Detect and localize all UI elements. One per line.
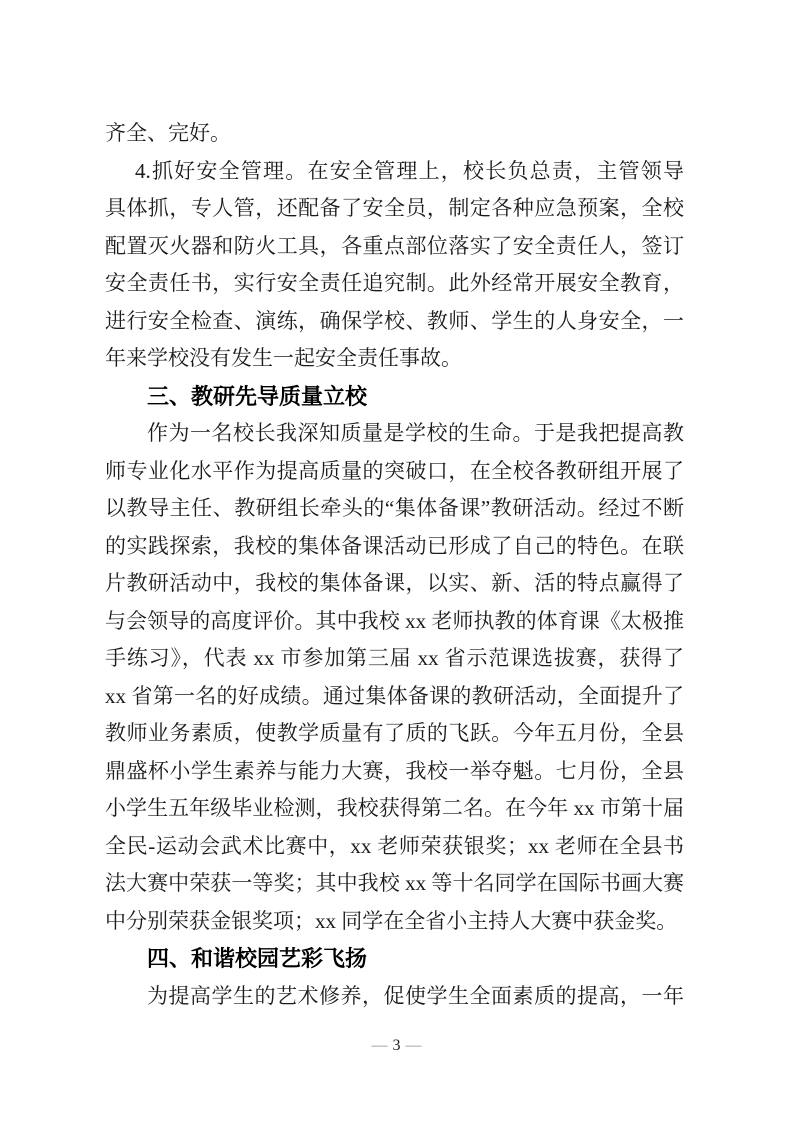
text-line: 具体抓，专人管，还配备了安全员，制定各种应急预案，全校 [105,190,684,228]
text-line: 进行安全检查、演练，确保学校、教师、学生的人身安全，一 [105,303,684,341]
page-footer: —3— [0,1036,793,1056]
section-heading: 三、教研先导质量立校 [105,378,684,416]
text-line: 以教导主任、教研组长牵头的“集体备课”教研活动。经过不断 [105,490,684,528]
text-line: 与会领导的高度评价。其中我校 xx 老师执教的体育课《太极推 [105,603,684,641]
text-line: 年来学校没有发生一起安全责任事故。 [105,340,684,378]
document-content: 齐全、完好。 4.抓好安全管理。在安全管理上，校长负总责，主管领导 具体抓，专人… [105,115,684,1015]
text-line: 中分别荣获金银奖项；xx 同学在全省小主持人大赛中获金奖。 [105,903,684,941]
text-line: 法大赛中荣获一等奖；其中我校 xx 等十名同学在国际书画大赛 [105,865,684,903]
text-line: 片教研活动中，我校的集体备课，以实、新、活的特点赢得了 [105,565,684,603]
text-line: 4.抓好安全管理。在安全管理上，校长负总责，主管领导 [105,153,684,191]
text-line: 全民-运动会武术比赛中，xx 老师荣获银奖；xx 老师在全县书 [105,828,684,866]
text-line: 手练习》，代表 xx 市参加第三届 xx 省示范课选拔赛，获得了 [105,640,684,678]
document-page: 齐全、完好。 4.抓好安全管理。在安全管理上，校长负总责，主管领导 具体抓，专人… [0,0,793,1122]
text-line: 齐全、完好。 [105,115,684,153]
text-line: 师专业化水平作为提高质量的突破口，在全校各教研组开展了 [105,453,684,491]
text-line: 的实践探索，我校的集体备课活动已形成了自己的特色。在联 [105,528,684,566]
footer-dash-left: — [372,1037,388,1054]
text-line: 为提高学生的艺术修养，促使学生全面素质的提高，一年 [105,978,684,1016]
text-line: 作为一名校长我深知质量是学校的生命。于是我把提高教 [105,415,684,453]
text-line: 鼎盛杯小学生素养与能力大赛，我校一举夺魁。七月份，全县 [105,753,684,791]
section-heading: 四、和谐校园艺彩飞扬 [105,940,684,978]
page-number: 3 [393,1037,401,1054]
text-line: 教师业务素质，使教学质量有了质的飞跃。今年五月份，全县 [105,715,684,753]
text-line: 安全责任书，实行安全责任追究制。此外经常开展安全教育， [105,265,684,303]
text-line: xx 省第一名的好成绩。通过集体备课的教研活动，全面提升了 [105,678,684,716]
text-line: 配置灭火器和防火工具，各重点部位落实了安全责任人，签订 [105,228,684,266]
footer-dash-right: — [406,1037,422,1054]
text-line: 小学生五年级毕业检测，我校获得第二名。在今年 xx 市第十届 [105,790,684,828]
